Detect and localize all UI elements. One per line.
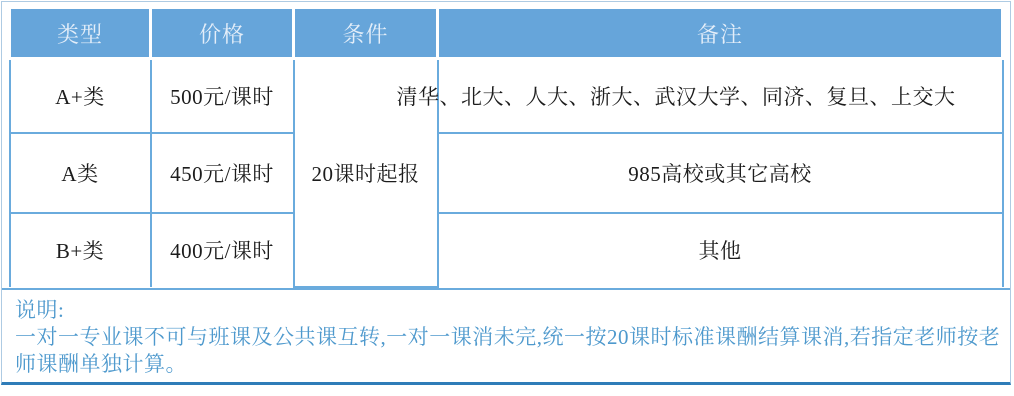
note-label: 说明:	[15, 297, 1002, 324]
header-type: 类型	[10, 8, 151, 59]
header-price: 价格	[151, 8, 294, 59]
type-cell: A+类	[10, 59, 151, 133]
table-row: A类 450元/课时 985高校或其它高校	[10, 133, 1003, 213]
table-row: A+类 500元/课时 20课时起报 清华、北大、人大、浙大、武汉大学、同济、复…	[10, 59, 1003, 133]
type-cell: B+类	[10, 213, 151, 287]
table-row: B+类 400元/课时 其他	[10, 213, 1003, 287]
pricing-table: 类型 价格 条件 备注 A+类 500元/课时 20课时起报 清华、北大、人大、…	[8, 6, 1004, 288]
price-cell: 450元/课时	[151, 133, 294, 213]
note-text: 一对一专业课不可与班课及公共课互转,一对一课消未完,统一按20课时标准课酬结算课…	[15, 324, 1002, 378]
header-row: 类型 价格 条件 备注	[10, 8, 1003, 59]
price-cell: 500元/课时	[151, 59, 294, 133]
pricing-table-card: 类型 价格 条件 备注 A+类 500元/课时 20课时起报 清华、北大、人大、…	[1, 1, 1011, 385]
remark-cell: 985高校或其它高校	[438, 133, 1003, 213]
header-condition: 条件	[294, 8, 438, 59]
remark-overflow-text: 清华、北大、人大、浙大、武汉大学、同济、复旦、上交大	[397, 81, 956, 111]
price-cell: 400元/课时	[151, 213, 294, 287]
header-remark: 备注	[438, 8, 1003, 59]
note-section: 说明: 一对一专业课不可与班课及公共课互转,一对一课消未完,统一按20课时标准课…	[2, 288, 1010, 378]
remark-cell: 清华、北大、人大、浙大、武汉大学、同济、复旦、上交大	[438, 59, 1003, 133]
remark-cell: 其他	[438, 213, 1003, 287]
type-cell: A类	[10, 133, 151, 213]
